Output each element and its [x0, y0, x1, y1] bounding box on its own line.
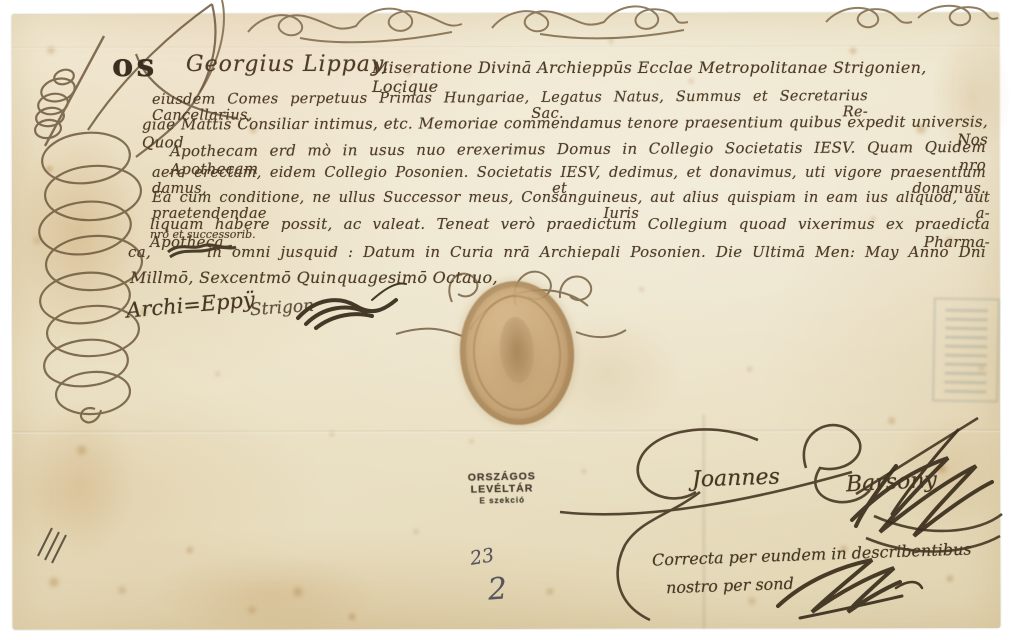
fold-line-top [12, 45, 1000, 49]
pencil-number-top: 23 [468, 544, 495, 570]
pencil-number-bottom: 2 [487, 571, 508, 607]
stain-bottom-center [152, 553, 382, 633]
foxing-spots [11, 14, 14, 17]
opening-initial: os [112, 46, 157, 84]
archive-side-stamp [932, 297, 1000, 402]
text-line-1-name: Georgius Lippay, [186, 52, 389, 77]
archive-stamp: ORSZÁGOS LEVÉLTÁR E szekció [443, 470, 562, 506]
text-line-8b: in omni jusquid : Datum in Curia nrā Arc… [207, 243, 986, 261]
joannes-last-name: Barsony [845, 468, 937, 498]
fold-line-horizontal [12, 429, 1000, 434]
text-line-8a: ca, [128, 243, 151, 261]
text-line-8: ca, in omni jusquid : Datum in Curia nrā… [128, 243, 986, 261]
manuscript-scan: os Georgius Lippay, Miseratione Divinā A… [0, 0, 1009, 640]
joannes-first-name: Joannes [692, 464, 781, 492]
interlinear-insertion: nrō et successorib. [150, 228, 256, 241]
stain-left-lower [26, 404, 136, 564]
archive-stamp-line1: ORSZÁGOS LEVÉLTÁR [443, 470, 561, 496]
fold-line-vertical [702, 415, 705, 629]
stain-left-margin [20, 124, 140, 344]
text-line-9: Millmō, Sexcentmō Quinquagesimō Octauo, [130, 268, 498, 287]
